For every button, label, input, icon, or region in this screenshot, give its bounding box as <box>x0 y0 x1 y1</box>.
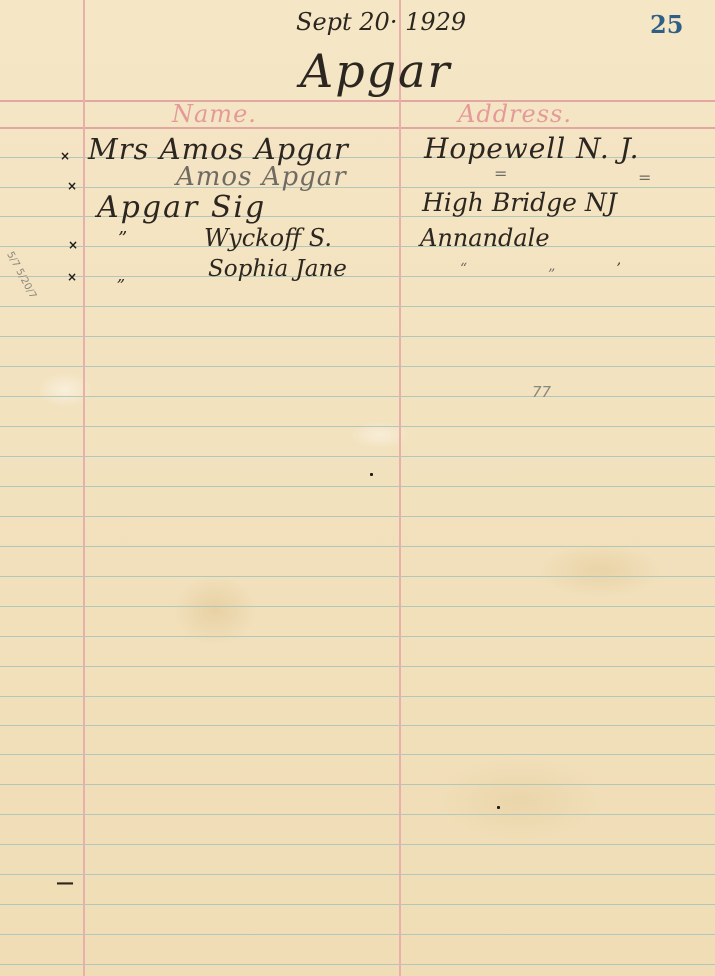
date-heading: Sept 20· 1929 <box>296 10 466 34</box>
blue-rule <box>0 276 715 277</box>
entry-address: Annandale <box>420 226 550 250</box>
surname-heading: Apgar <box>300 48 452 94</box>
page-number: 25 <box>650 10 683 39</box>
entry-address-ditto: “ <box>460 262 467 276</box>
blue-rule <box>0 246 715 247</box>
entry-address-ditto: = <box>638 170 651 186</box>
blue-rule <box>0 516 715 517</box>
ledger-page: Sept 20· 1929 25 Apgar Name. Address. × … <box>0 0 715 976</box>
entry-x-mark: × <box>68 238 78 252</box>
blue-rule <box>0 934 715 935</box>
blue-rule <box>0 844 715 845</box>
entry-name-ditto: ” <box>118 230 127 248</box>
blue-rule <box>0 336 715 337</box>
entry-x-mark: × <box>67 179 77 193</box>
entry-address: Hopewell N. J. <box>424 135 640 163</box>
red-column-divider <box>399 0 401 976</box>
entry-address-ditto: ʼ <box>616 262 620 276</box>
blue-rule <box>0 696 715 697</box>
entry-address: High Bridge NJ <box>422 190 617 215</box>
blue-rule <box>0 666 715 667</box>
pencil-number: 77 <box>532 383 551 401</box>
blue-rule <box>0 606 715 607</box>
blue-rule <box>0 874 715 875</box>
entry-name: Mrs Amos Apgar <box>88 135 349 164</box>
entry-name-ditto: „ <box>117 268 125 284</box>
blue-rule <box>0 814 715 815</box>
entry-name: Apgar Sig <box>97 193 266 223</box>
blue-rule <box>0 486 715 487</box>
entry-address-ditto: ” <box>548 268 555 282</box>
entry-x-mark: × <box>60 149 70 163</box>
blue-rule <box>0 396 715 397</box>
red-header-rule-top <box>0 100 715 102</box>
entry-name: Amos Apgar <box>176 164 347 190</box>
entry-x-mark: × <box>67 270 77 284</box>
blue-rule <box>0 576 715 577</box>
blue-rule <box>0 725 715 726</box>
blue-rule <box>0 306 715 307</box>
blue-rule <box>0 964 715 965</box>
red-margin-line <box>83 0 85 976</box>
entry-name: Sophia Jane <box>208 258 347 281</box>
ink-dot <box>497 806 500 809</box>
ink-dot <box>370 473 373 476</box>
red-header-rule-bottom <box>0 127 715 129</box>
blue-rule <box>0 456 715 457</box>
blue-rule <box>0 784 715 785</box>
name-column-header: Name. <box>172 102 257 126</box>
blue-rule <box>0 754 715 755</box>
blue-rule <box>0 636 715 637</box>
blue-rule <box>0 904 715 905</box>
margin-ink-mark: — <box>56 874 74 892</box>
address-column-header: Address. <box>458 102 572 126</box>
blue-rule <box>0 426 715 427</box>
blue-rule <box>0 546 715 547</box>
entry-name: Wyckoff S. <box>204 226 332 250</box>
blue-rule <box>0 366 715 367</box>
entry-address-ditto: = <box>494 166 507 182</box>
